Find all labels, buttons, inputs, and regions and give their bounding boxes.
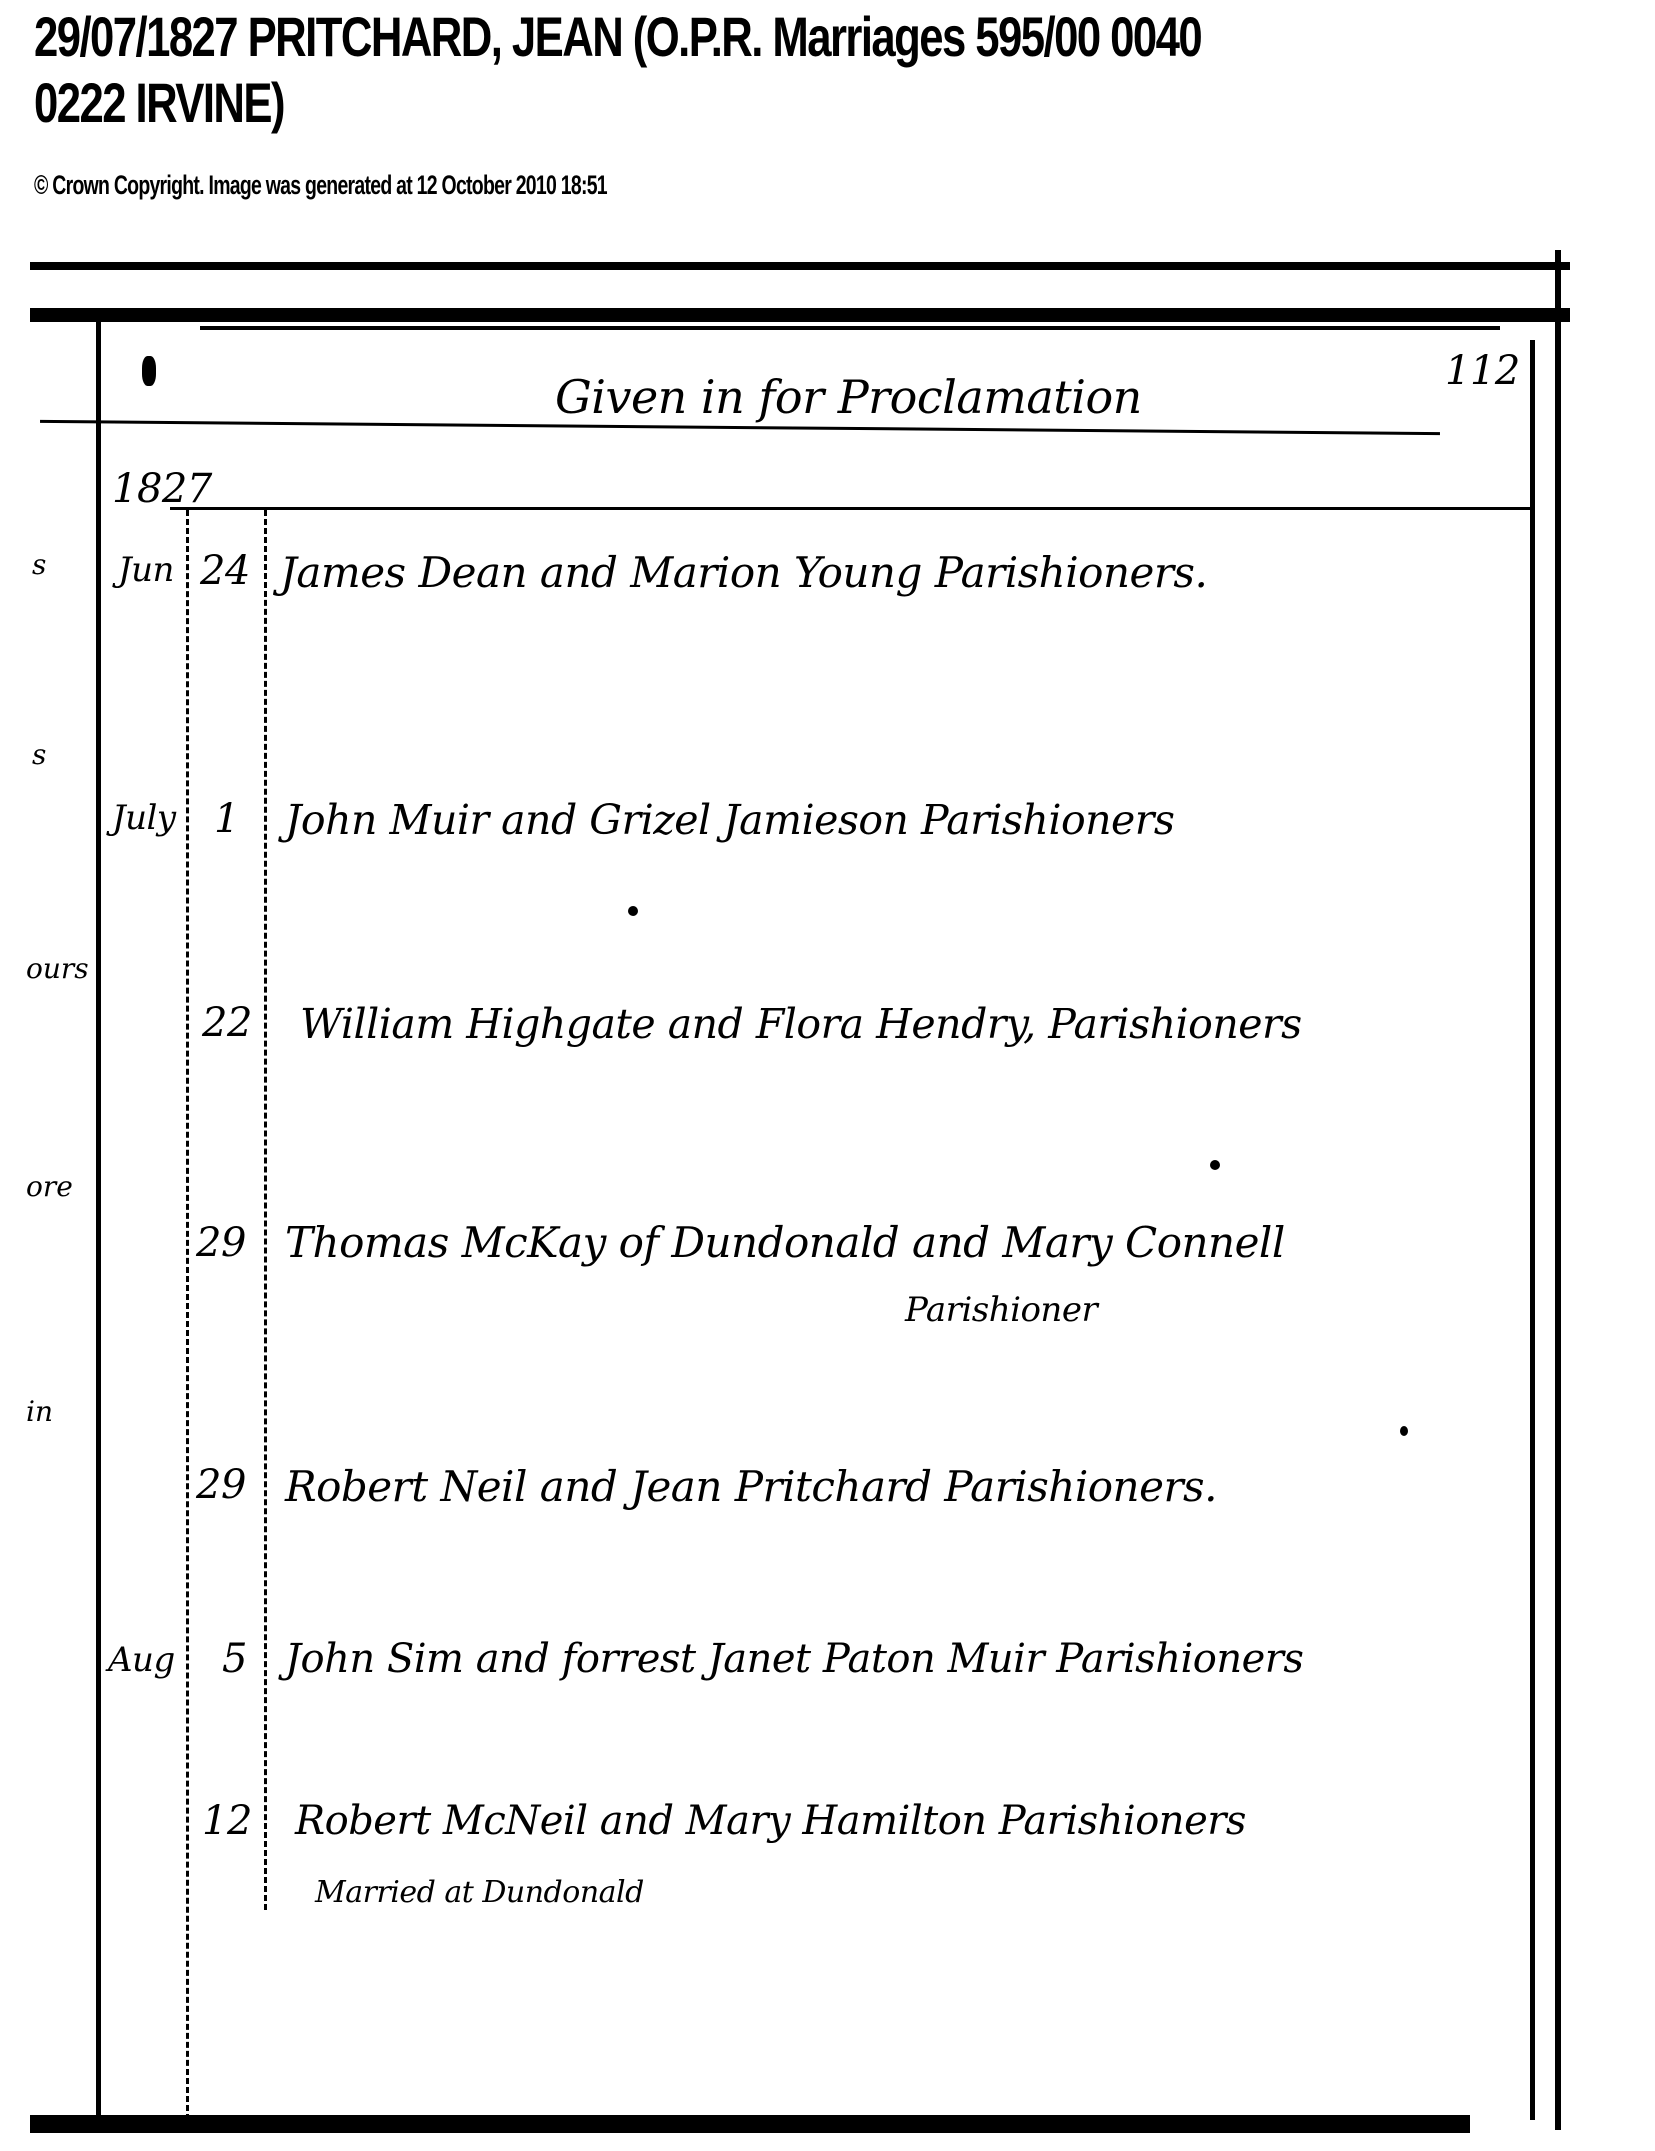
right-border-rule [1555,250,1561,2130]
entry-month: July [112,798,176,838]
header-divider [170,507,1530,510]
margin-fragment: ours [26,952,89,985]
left-margin-rule [96,322,101,2122]
register-page: Given in for Proclamation 112 1827 s s o… [0,230,1655,2151]
entry-day: 24 [200,548,250,594]
entry-note: Parishioner [905,1290,1097,1330]
entry-day: 12 [202,1798,252,1844]
margin-fragment: ore [26,1170,73,1203]
entry-names: James Dean and Marion Young Parishioners… [280,548,1207,597]
register-heading: Given in for Proclamation [555,370,1142,424]
entry-names: John Muir and Grizel Jamieson Parishione… [285,796,1174,844]
margin-fragment: in [26,1395,53,1428]
ink-speck [628,906,638,916]
entry-day: 22 [202,1000,252,1046]
register-year: 1827 [112,466,212,512]
entry-day: 1 [214,796,239,842]
copyright-notice: © Crown Copyright. Image was generated a… [34,170,607,201]
day-column-rule [264,510,267,1910]
record-title: 29/07/1827 PRITCHARD, JEAN (O.P.R. Marri… [34,4,1204,136]
entry-names: John Sim and forrest Janet Paton Muir Pa… [285,1636,1303,1682]
top-border-rule-3 [200,326,1500,330]
ink-speck [1400,1426,1408,1436]
entry-day: 5 [222,1636,247,1682]
ink-blot [142,356,156,386]
top-border-rule-2 [30,308,1570,322]
bottom-border-rule [30,2115,1470,2133]
entry-names: Robert McNeil and Mary Hamilton Parishio… [295,1798,1246,1844]
entry-names: Robert Neil and Jean Pritchard Parishion… [285,1462,1217,1511]
right-border-rule-2 [1530,340,1535,2120]
entry-day: 29 [196,1462,246,1508]
ink-speck [1210,1160,1220,1170]
month-column-rule [186,510,189,2120]
entry-day: 29 [196,1220,246,1266]
entry-names: Thomas McKay of Dundonald and Mary Conne… [285,1218,1285,1267]
margin-fragment: s [32,738,46,771]
margin-fragment: s [32,548,46,581]
page-number: 112 [1445,348,1520,394]
entry-note: Married at Dundonald [315,1875,644,1910]
top-border-rule [30,262,1570,270]
entry-month: Jun [118,550,174,590]
entry-names: William Highgate and Flora Hendry, Paris… [300,1000,1302,1048]
entry-month: Aug [108,1640,175,1680]
